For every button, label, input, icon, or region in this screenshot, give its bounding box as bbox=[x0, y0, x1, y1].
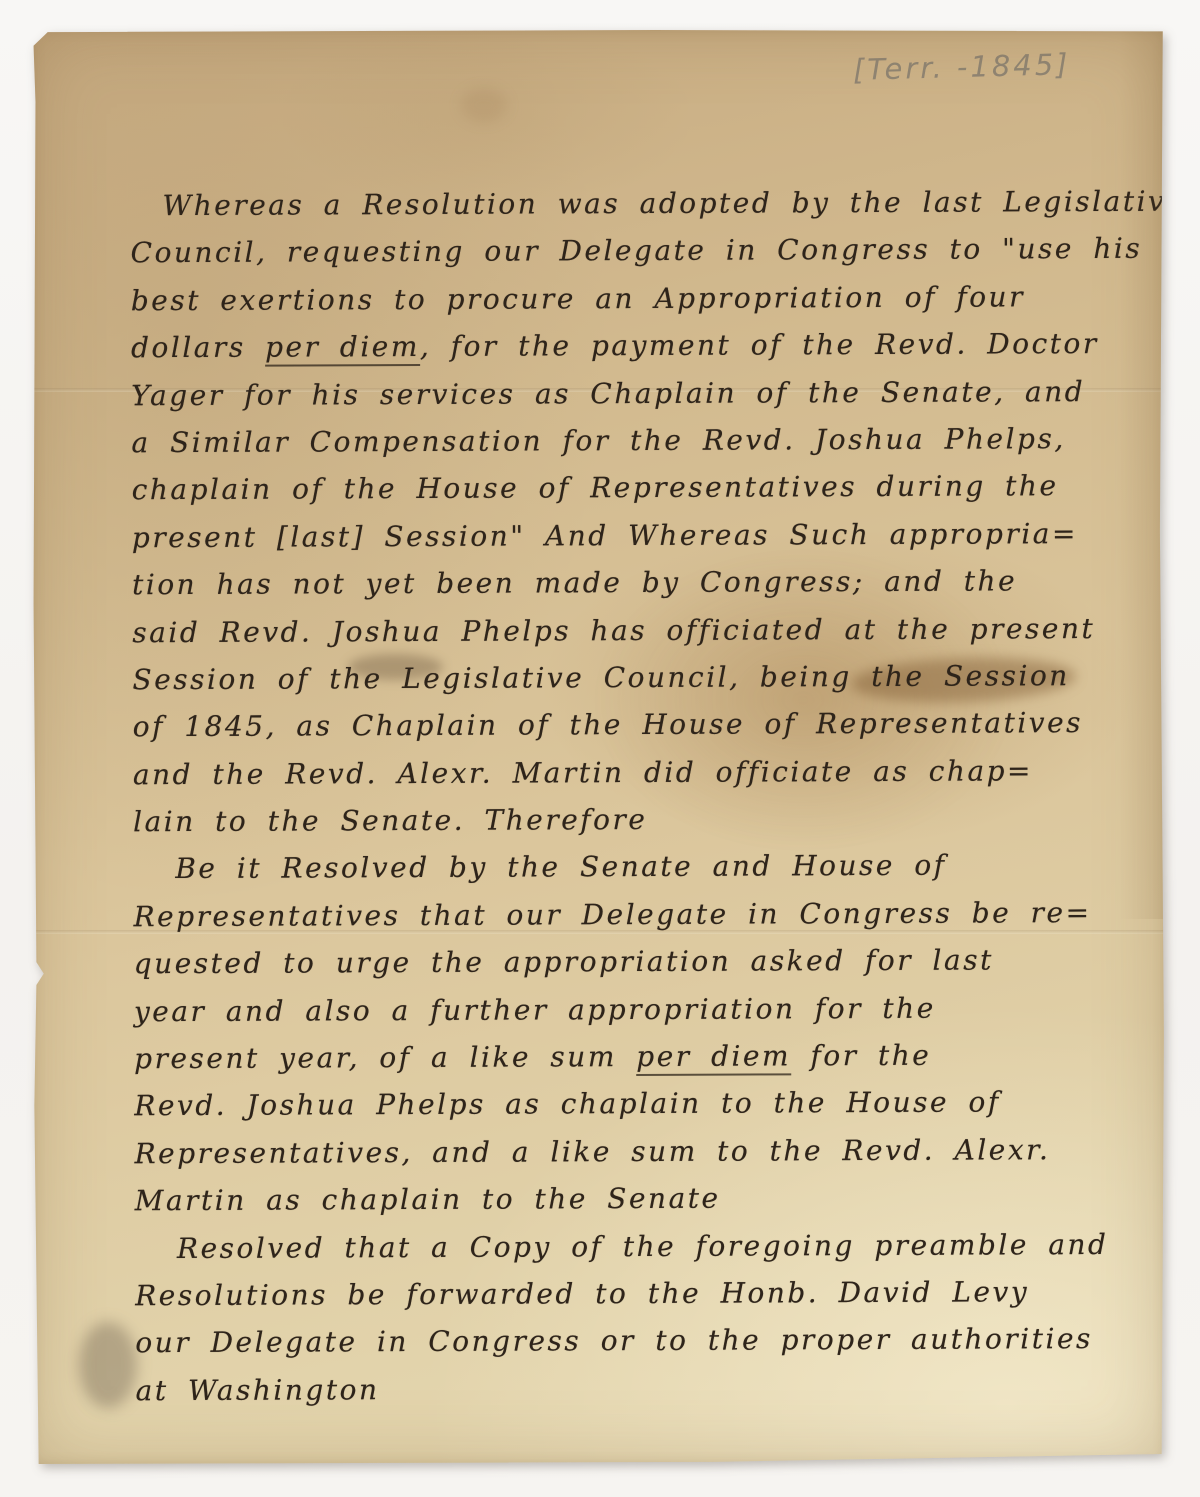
manuscript-line: present year, of a like sum per diem for… bbox=[134, 1031, 1152, 1083]
age-spot bbox=[461, 88, 507, 122]
underlined-phrase: per diem bbox=[265, 330, 420, 367]
text-segment: Council, requesting our Delegate in Cong… bbox=[131, 232, 1143, 269]
manuscript-line: Representatives that our Delegate in Con… bbox=[133, 889, 1151, 941]
manuscript-line: chaplain of the House of Representatives… bbox=[132, 462, 1150, 514]
text-segment: chaplain of the House of Representatives… bbox=[132, 470, 1059, 507]
text-segment: Representatives, and a like sum to the R… bbox=[134, 1133, 1050, 1170]
text-segment: lain to the Senate. Therefore bbox=[133, 803, 647, 838]
text-segment: , for the payment of the Revd. Doctor bbox=[420, 327, 1099, 363]
manuscript-line: Representatives, and a like sum to the R… bbox=[134, 1126, 1152, 1178]
corner-smudge bbox=[79, 1322, 137, 1408]
manuscript-line: our Delegate in Congress or to the prope… bbox=[135, 1315, 1153, 1367]
manuscript-line: of 1845, as Chaplain of the House of Rep… bbox=[133, 699, 1151, 751]
manuscript-line: tion has not yet been made by Congress; … bbox=[132, 557, 1150, 609]
manuscript-line: a Similar Compensation for the Revd. Jos… bbox=[131, 415, 1149, 467]
manuscript-page-wrap: [Terr. -1845] Whereas a Resolution was a… bbox=[33, 30, 1165, 1464]
text-segment: present year, of a like sum bbox=[134, 1040, 636, 1075]
manuscript-text: Whereas a Resolution was adopted by the … bbox=[130, 178, 1153, 1415]
text-segment: Martin as chaplain to the Senate bbox=[135, 1182, 721, 1218]
manuscript-line: Whereas a Resolution was adopted by the … bbox=[130, 178, 1148, 230]
text-segment: Whereas a Resolution was adopted by the … bbox=[162, 185, 1185, 222]
manuscript-line: Resolutions be forwarded to the Honb. Da… bbox=[135, 1268, 1153, 1320]
text-segment: best exertions to procure an Appropriati… bbox=[131, 280, 1025, 317]
text-segment: Yager for his services as Chaplain of th… bbox=[131, 375, 1085, 412]
text-segment: of 1845, as Chaplain of the House of Rep… bbox=[133, 706, 1083, 743]
manuscript-line: at Washington bbox=[135, 1363, 1153, 1415]
text-segment: Representatives that our Delegate in Con… bbox=[133, 896, 1091, 933]
text-segment: dollars bbox=[131, 331, 265, 365]
text-segment: said Revd. Joshua Phelps has officiated … bbox=[132, 612, 1095, 649]
text-segment: quested to urge the appropriation asked … bbox=[134, 944, 994, 981]
text-segment: for the bbox=[791, 1039, 931, 1073]
manuscript-line: said Revd. Joshua Phelps has officiated … bbox=[132, 604, 1150, 656]
text-segment: our Delegate in Congress or to the prope… bbox=[135, 1322, 1093, 1359]
manuscript-line: and the Revd. Alexr. Martin did officiat… bbox=[133, 746, 1151, 798]
manuscript-line: year and also a further appropriation fo… bbox=[134, 983, 1152, 1035]
manuscript-line: present [last] Session" And Whereas Such… bbox=[132, 510, 1150, 562]
text-segment: and the Revd. Alexr. Martin did officiat… bbox=[133, 754, 1033, 791]
manuscript-line: best exertions to procure an Appropriati… bbox=[131, 273, 1149, 325]
text-segment: Resolved that a Copy of the foregoing pr… bbox=[177, 1228, 1109, 1265]
manuscript-line: Session of the Legislative Council, bein… bbox=[132, 652, 1150, 704]
text-segment: tion has not yet been made by Congress; … bbox=[132, 564, 1017, 601]
manuscript-line: dollars per diem, for the payment of the… bbox=[131, 320, 1149, 372]
text-segment: Resolutions be forwarded to the Honb. Da… bbox=[135, 1275, 1029, 1312]
manuscript-line: lain to the Senate. Therefore bbox=[133, 794, 1151, 846]
manuscript-line: Council, requesting our Delegate in Cong… bbox=[131, 225, 1149, 277]
text-segment: Be it Resolved by the Senate and House o… bbox=[175, 849, 946, 885]
text-segment: at Washington bbox=[136, 1373, 380, 1407]
archival-pencil-annotation: [Terr. -1845] bbox=[853, 47, 1071, 87]
text-segment: year and also a further appropriation fo… bbox=[134, 991, 936, 1027]
text-segment: present [last] Session" And Whereas Such… bbox=[132, 517, 1078, 554]
text-segment: Revd. Joshua Phelps as chaplain to the H… bbox=[134, 1086, 1001, 1123]
manuscript-line: Be it Resolved by the Senate and House o… bbox=[133, 841, 1151, 893]
underlined-phrase: per diem bbox=[636, 1039, 791, 1076]
manuscript-line: Revd. Joshua Phelps as chaplain to the H… bbox=[134, 1078, 1152, 1130]
manuscript-line: Resolved that a Copy of the foregoing pr… bbox=[135, 1220, 1153, 1272]
manuscript-line: Yager for his services as Chaplain of th… bbox=[131, 367, 1149, 419]
manuscript-line: Martin as chaplain to the Senate bbox=[135, 1173, 1153, 1225]
manuscript-page: [Terr. -1845] Whereas a Resolution was a… bbox=[33, 30, 1165, 1464]
manuscript-line: quested to urge the appropriation asked … bbox=[134, 936, 1152, 988]
text-segment: a Similar Compensation for the Revd. Jos… bbox=[131, 422, 1065, 459]
text-segment: Session of the Legislative Council, bein… bbox=[132, 659, 1069, 696]
